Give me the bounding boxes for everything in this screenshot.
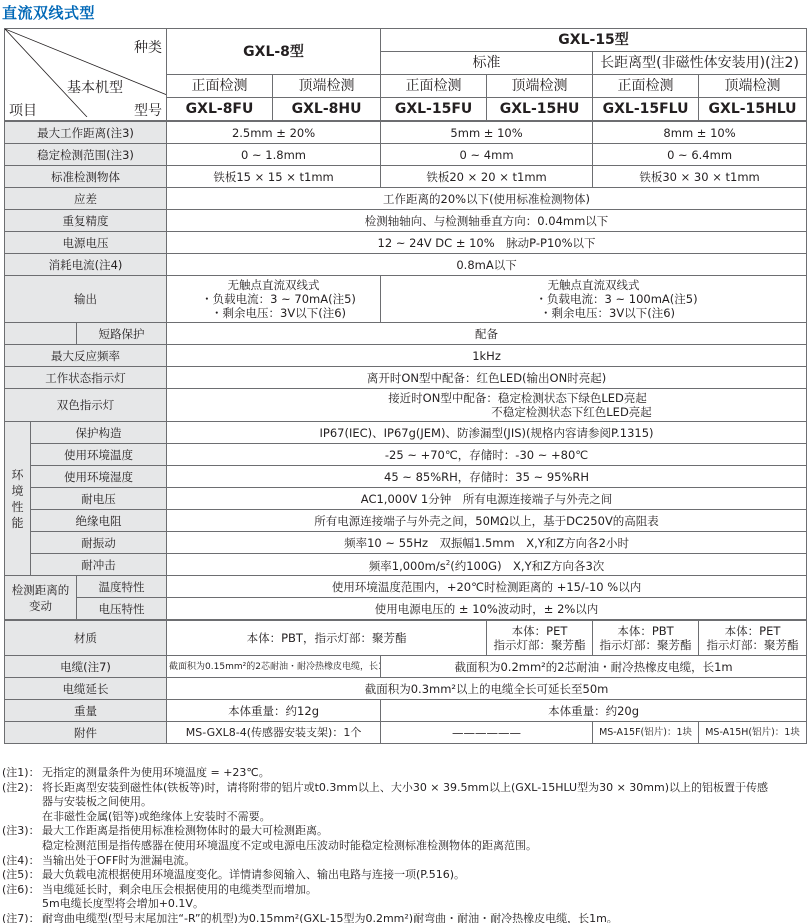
sub-standard: 标准 [381, 52, 593, 75]
diag-model-label: 型号 [134, 104, 162, 118]
output-load-current: ・负载电流：3 ~ 100mA(注5) [383, 292, 804, 306]
detect-15hlu: 顶端检测 [699, 75, 807, 98]
detect-15fu: 正面检测 [381, 75, 487, 98]
model-8fu: GXL-8FU [167, 98, 273, 122]
note-5: (注5)：最大负载电流根据使用环境温度变化。详情请参阅输入、输出电路与连接一项(… [2, 868, 806, 883]
row-label: 消耗电流(注4) [5, 254, 167, 276]
row-label: 保护构造 [31, 422, 167, 444]
row-label: 耐振动 [31, 532, 167, 554]
row-hysteresis: 应差 工作距离的20%以下(使用标准检测物体) [5, 188, 807, 210]
row-cable-ext: 电缆延长 截面积为0.3mm²以上的电缆全长可延长至50m [5, 678, 807, 700]
row-label: 应差 [5, 188, 167, 210]
page-title: 直流双线式型 [2, 2, 95, 23]
row-op-indicator: 工作状态指示灯 离开时ON型中配备：红色LED(输出ON时亮起) [5, 367, 807, 389]
env-group-label: 环境性能 [5, 422, 31, 576]
row-env-temp: 使用环境温度 -25 ~ +70℃，存储时：-30 ~ +80℃ [5, 444, 807, 466]
row-material: 材质 本体：PBT，指示灯部：聚芳酯 本体：PET 指示灯部：聚芳酯 本体：PB… [5, 620, 807, 656]
note-3: (注3)：最大工作距离是指使用标准检测物体时的最大可检测距离。 [2, 824, 806, 839]
row-accessory: 附件 MS-GXL8-4(传感器安装支架)：1个 —————— MS-A15F(… [5, 722, 807, 744]
sub-long-distance: 长距离型(非磁性体安装用)(注2) [593, 52, 807, 75]
row-label: 最大工作距离(注3) [5, 121, 167, 144]
row-label: 耐电压 [31, 488, 167, 510]
value-common: 本体：PBT，指示灯部：聚芳酯 [167, 620, 487, 656]
output-type: 无触点直流双线式 [383, 278, 804, 292]
row-env-insulation: 绝缘电阻 所有电源连接端子与外壳之间，50MΩ以上，基于DC250V的高阻表 [5, 510, 807, 532]
value-all: 配备 [167, 323, 807, 345]
variation-group-label: 检测距离的变动 [5, 576, 77, 621]
value-15hlu: 本体：PET 指示灯部：聚芳酯 [699, 620, 807, 656]
row-label: 绝缘电阻 [31, 510, 167, 532]
note-4: (注4)：当输出处于OFF时为泄漏电流。 [2, 854, 806, 869]
value-gxl8: MS-GXL8-4(传感器安装支架)：1个 [167, 722, 381, 744]
footnotes: (注1)：无指定的测量条件为使用环境温度 = +23℃。 (注2)：将长距离型安… [2, 766, 806, 923]
value-gxl8: 截面积为0.15mm²的2芯耐油・耐冷热橡皮电缆，长1m [167, 656, 381, 678]
output-type: 无触点直流双线式 [169, 278, 378, 292]
value-gxl15-long: 8mm ± 10% [593, 121, 807, 144]
output-residual-voltage: ・剩余电压：3V以下(注6) [383, 306, 804, 320]
value-gxl8: 铁板15 × 15 × t1mm [167, 166, 381, 188]
row-label: 耐冲击 [31, 554, 167, 576]
note-2-cont: 在非磁性金属(铝等)或绝缘体上安装时不需要。 [2, 810, 806, 825]
row-label: 电压特性 [77, 598, 167, 621]
detect-15hu: 顶端检测 [487, 75, 593, 98]
row-label: 最大反应频率 [5, 345, 167, 367]
value-all: 接近时ON型中配备：稳定检测状态下绿色LED亮起 不稳定检测状态下红色LED亮起 [167, 389, 807, 422]
value-all: 工作距离的20%以下(使用标准检测物体) [167, 188, 807, 210]
row-repeat: 重复精度 检测轴轴向、与检测轴垂直方向：0.04mm以下 [5, 210, 807, 232]
note-7: (注7)：耐弯曲电缆型(型号末尾加注“-R”的机型)为0.15mm²(GXL-1… [2, 912, 806, 923]
value-gxl8: 本体重量：约12g [167, 700, 381, 722]
header-diagonal-cell: 种类 基本机型 项目 型号 [5, 29, 167, 122]
row-max-freq: 最大反应频率 1kHz [5, 345, 807, 367]
row-variation-temp: 检测距离的变动 温度特性 使用环境温度范围内，+20℃时检测距离的 +15/-1… [5, 576, 807, 598]
value-all: 1kHz [167, 345, 807, 367]
row-current: 消耗电流(注4) 0.8mA以下 [5, 254, 807, 276]
detect-15flu: 正面检测 [593, 75, 699, 98]
value-gxl15-long: 0 ~ 6.4mm [593, 144, 807, 166]
row-label: 输出 [5, 276, 167, 323]
row-label: 重复精度 [5, 210, 167, 232]
value-gxl15: 无触点直流双线式 ・负载电流：3 ~ 100mA(注5) ・剩余电压：3V以下(… [381, 276, 807, 323]
value-all: 使用环境温度范围内，+20℃时检测距离的 +15/-10 %以内 [167, 576, 807, 598]
value-gxl15: 截面积为0.2mm²的2芯耐油・耐冷热橡皮电缆，长1m [381, 656, 807, 678]
value-15hlu: MS-A15H(铝片)：1块 [699, 722, 807, 744]
diag-kind-label: 种类 [134, 41, 162, 55]
value-all: 检测轴轴向、与检测轴垂直方向：0.04mm以下 [167, 210, 807, 232]
row-output: 输出 无触点直流双线式 ・负载电流：3 ~ 70mA(注5) ・剩余电压：3V以… [5, 276, 807, 323]
row-bicolor: 双色指示灯 接近时ON型中配备：稳定检测状态下绿色LED亮起 不稳定检测状态下红… [5, 389, 807, 422]
model-15flu: GXL-15FLU [593, 98, 699, 122]
row-label: 电源电压 [5, 232, 167, 254]
value-all: 频率1,000m/s2(约100G) X,Y和Z方向各3次 [167, 554, 807, 576]
row-label: 工作状态指示灯 [5, 367, 167, 389]
group-gxl15: GXL-15型 [381, 29, 807, 52]
row-label: 温度特性 [77, 576, 167, 598]
note-2: (注2)：将长距离型安装到磁性体(铁板等)时，请将附带的铝片或t0.3mm以上、… [2, 781, 806, 796]
row-cable: 电缆(注7) 截面积为0.15mm²的2芯耐油・耐冷热橡皮电缆，长1m 截面积为… [5, 656, 807, 678]
note-1: (注1)：无指定的测量条件为使用环境温度 = +23℃。 [2, 766, 806, 781]
value-all: 45 ~ 85%RH，存储时：35 ~ 95%RH [167, 466, 807, 488]
row-label: 使用环境温度 [31, 444, 167, 466]
row-supply: 电源电压 12 ~ 24V DC ± 10% 脉动P-P10%以下 [5, 232, 807, 254]
row-weight: 重量 本体重量：约12g 本体重量：约20g [5, 700, 807, 722]
value-all: 使用电源电压的 ± 10%波动时，± 2%以内 [167, 598, 807, 621]
value-gxl8: 无触点直流双线式 ・负载电流：3 ~ 70mA(注5) ・剩余电压：3V以下(注… [167, 276, 381, 323]
value-gxl8: 0 ~ 1.8mm [167, 144, 381, 166]
note-6: (注6)：当电缆延长时，剩余电压会根据使用的电缆类型而增加。 [2, 883, 806, 898]
model-8hu: GXL-8HU [273, 98, 381, 122]
value-15flu: MS-A15F(铝片)：1块 [593, 722, 699, 744]
bicolor-line2: 不稳定检测状态下红色LED亮起 [169, 405, 804, 419]
row-label: 附件 [5, 722, 167, 744]
value-all: 12 ~ 24V DC ± 10% 脉动P-P10%以下 [167, 232, 807, 254]
row-label: 材质 [5, 620, 167, 656]
row-label: 使用环境湿度 [31, 466, 167, 488]
value-gxl15-long: 铁板30 × 30 × t1mm [593, 166, 807, 188]
value-all: -25 ~ +70℃，存储时：-30 ~ +80℃ [167, 444, 807, 466]
value-all: 所有电源连接端子与外壳之间，50MΩ以上，基于DC250V的高阻表 [167, 510, 807, 532]
row-env-vibration: 耐振动 频率10 ~ 55Hz 双振幅1.5mm X,Y和Z方向各2小时 [5, 532, 807, 554]
diag-base-label: 基本机型 [67, 81, 123, 95]
value-all: 离开时ON型中配备：红色LED(输出ON时亮起) [167, 367, 807, 389]
row-stable-range: 稳定检测范围(注3) 0 ~ 1.8mm 0 ~ 4mm 0 ~ 6.4mm [5, 144, 807, 166]
value-gxl15: 5mm ± 10% [381, 121, 593, 144]
row-env-shock: 耐冲击 频率1,000m/s2(约100G) X,Y和Z方向各3次 [5, 554, 807, 576]
spec-table: 种类 基本机型 项目 型号 GXL-8型 GXL-15型 标准 长距离型(非磁性… [4, 28, 807, 744]
value-15flu: 本体：PBT 指示灯部：聚芳酯 [593, 620, 699, 656]
value-gxl15: 铁板20 × 20 × t1mm [381, 166, 593, 188]
value-all: IP67(IEC)、IP67g(JEM)、防渗漏型(JIS)(规格内容请参阅P.… [167, 422, 807, 444]
row-label: 短路保护 [77, 323, 167, 345]
value-gxl8: 2.5mm ± 20% [167, 121, 381, 144]
diag-item-label: 项目 [9, 104, 37, 118]
value-all: AC1,000V 1分钟 所有电源连接端子与外壳之间 [167, 488, 807, 510]
row-max-distance: 最大工作距离(注3) 2.5mm ± 20% 5mm ± 10% 8mm ± 1… [5, 121, 807, 144]
row-env-voltage: 耐电压 AC1,000V 1分钟 所有电源连接端子与外壳之间 [5, 488, 807, 510]
row-std-object: 标准检测物体 铁板15 × 15 × t1mm 铁板20 × 20 × t1mm… [5, 166, 807, 188]
value-15hu: 本体：PET 指示灯部：聚芳酯 [487, 620, 593, 656]
row-short-circuit: 短路保护 配备 [5, 323, 807, 345]
note-6-cont: 5m电缆长度型将会增加+0.1V。 [2, 897, 806, 912]
value-all: 截面积为0.3mm²以上的电缆全长可延长至50m [167, 678, 807, 700]
value-all: 0.8mA以下 [167, 254, 807, 276]
row-label: 重量 [5, 700, 167, 722]
row-label: 标准检测物体 [5, 166, 167, 188]
model-15fu: GXL-15FU [381, 98, 487, 122]
output-load-current: ・负载电流：3 ~ 70mA(注5) [169, 292, 378, 306]
value-all: 频率10 ~ 55Hz 双振幅1.5mm X,Y和Z方向各2小时 [167, 532, 807, 554]
value-gxl15-standard: —————— [381, 722, 593, 744]
row-label: 电缆延长 [5, 678, 167, 700]
detect-8hu: 顶端检测 [273, 75, 381, 98]
model-15hu: GXL-15HU [487, 98, 593, 122]
row-label: 双色指示灯 [5, 389, 167, 422]
output-residual-voltage: ・剩余电压：3V以下(注6) [169, 306, 378, 320]
group-gxl8: GXL-8型 [167, 29, 381, 75]
row-label: 电缆(注7) [5, 656, 167, 678]
row-label: 稳定检测范围(注3) [5, 144, 167, 166]
row-env-humidity: 使用环境湿度 45 ~ 85%RH，存储时：35 ~ 95%RH [5, 466, 807, 488]
note-3-cont: 稳定检测范围是指传感器在使用环境温度不定或电源电压波动时能稳定检测标准检测物体的… [2, 839, 806, 854]
row-variation-volt: 电压特性 使用电源电压的 ± 10%波动时，± 2%以内 [5, 598, 807, 621]
value-gxl15: 本体重量：约20g [381, 700, 807, 722]
bicolor-line1: 接近时ON型中配备：稳定检测状态下绿色LED亮起 [169, 391, 804, 405]
detect-8fu: 正面检测 [167, 75, 273, 98]
note-2-cont: 器与安装板之间使用。 [2, 795, 806, 810]
row-env-protection: 环境性能 保护构造 IP67(IEC)、IP67g(JEM)、防渗漏型(JIS)… [5, 422, 807, 444]
model-15hlu: GXL-15HLU [699, 98, 807, 122]
indent-spacer [5, 323, 77, 345]
value-gxl15: 0 ~ 4mm [381, 144, 593, 166]
